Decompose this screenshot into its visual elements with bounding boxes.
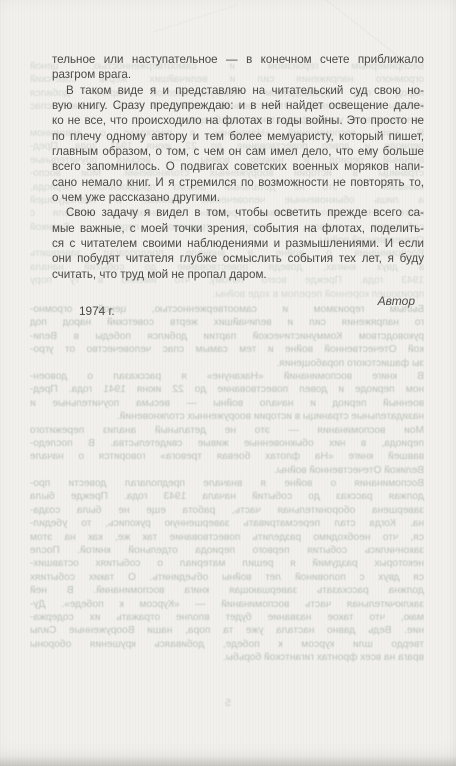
bleedthrough-line: маю, что такое название будет вполне отр… <box>30 611 424 624</box>
text-line: ся с читателем своими наблюдениями и раз… <box>52 236 424 251</box>
bleedthrough-line: вавшей книге «На флотах боевая тревога» … <box>30 450 424 463</box>
bleedthrough-line: должая рассказ до событий начала 1943 го… <box>30 490 424 503</box>
bleedthrough-line: ся, что необходимо разделить повествован… <box>30 531 424 544</box>
paragraph: В таком виде я и представляю на читатель… <box>52 83 424 206</box>
text-line: главным образом, о том, с чем он сам име… <box>52 144 424 159</box>
text-line: тельное или наступательное — в конечном … <box>52 52 424 67</box>
bleedthrough-text-lower: Былым героизмом и самоотверженностью, це… <box>30 303 424 665</box>
text-line: всего запомнилось. О подвигах советских … <box>52 159 424 174</box>
preface-text: тельное или наступательное — в конечном … <box>52 52 424 282</box>
bleedthrough-line: закончились события первого периода отде… <box>30 544 424 557</box>
paper-crease <box>152 4 238 33</box>
bleedthrough-line: должна рассказать завершающая книга восп… <box>30 584 424 597</box>
text-line: считать, что труд мой не пропал даром. <box>52 267 424 282</box>
bleedthrough-line: ся двух с половиной лет войны объединить… <box>30 571 424 584</box>
bleedthrough-line: назидательные страницы в истории вооруже… <box>30 410 424 423</box>
bleedthrough-line: Мои воспоминания — это не детальный анал… <box>30 424 424 437</box>
date-line: 1974 г. <box>79 304 115 318</box>
bleedthrough-line: некоторых раздумий я решил материал о со… <box>30 557 424 570</box>
bleedthrough-line: В книге воспоминаний «Накануне» я расска… <box>30 370 424 383</box>
text-line: вую книгу. Сразу предупреждаю: и в ней н… <box>52 98 424 113</box>
bleedthrough-line: завершена оборонительная часть, работа е… <box>30 504 424 517</box>
text-line: разгром врага. <box>52 67 424 82</box>
text-line: сано немало книг. И я стремился по возмо… <box>52 175 424 190</box>
text-line: мые важные, с моей точки зрения, события… <box>52 221 424 236</box>
bleedthrough-line: ние. Ведь давно настала уже та пора, наш… <box>30 624 424 637</box>
bleedthrough-line: заключительная часть воспоминаний — «Кур… <box>30 598 424 611</box>
bleedthrough-line: Великой Отечественной войны. <box>30 464 424 477</box>
ghost-page-number: 5 <box>0 697 456 709</box>
bleedthrough-line: врага на всех фронтах гигантской борьбы. <box>30 651 424 664</box>
text-line: о чем уже рассказано другими. <box>52 190 424 205</box>
bleedthrough-line: произошел коренной перелом в ходе войны. <box>30 288 424 301</box>
page-edge-shadow <box>0 756 456 766</box>
bleedthrough-line: ном периоде и довел повествование до 22 … <box>30 383 424 396</box>
paragraph: Свою задачу я видел в том, чтобы осветит… <box>52 205 424 282</box>
bleedthrough-line: кой Отечественной войне и тем самым спас… <box>30 343 424 356</box>
text-line: В таком виде я и представляю на читатель… <box>52 83 424 98</box>
text-line: по плечу одному автору и тем более мемуа… <box>52 129 424 144</box>
bleedthrough-line: периода, в них обыкновенные живые свидет… <box>30 437 424 450</box>
bleedthrough-line: зы фашистского порабощения. <box>30 357 424 370</box>
text-line: они побудят читателя глубже осмыслить со… <box>52 251 424 266</box>
text-line: ко не все, что происходило на флотах в г… <box>52 113 424 128</box>
text-line: Свою задачу я видел в том, чтобы осветит… <box>52 205 424 220</box>
bleedthrough-line: военный период и начало войны — весьма п… <box>30 397 424 410</box>
bleedthrough-line: го напряжения сил и величайших жертв сов… <box>30 316 424 329</box>
author-signature: Автор <box>378 294 415 308</box>
bleedthrough-line: Воспоминания о войне я вначале предполаг… <box>30 477 424 490</box>
bleedthrough-line: на. Когда стал пересматривать завершенну… <box>30 517 424 530</box>
bleedthrough-line: твердо шли курсом к победе, добиваясь кр… <box>30 638 424 651</box>
paragraph: тельное или наступательное — в конечном … <box>52 52 424 83</box>
bleedthrough-line: руководством Коммунистической партии доб… <box>30 330 424 343</box>
book-page: Беспримерным героизмом и самоотверженнос… <box>0 0 456 766</box>
